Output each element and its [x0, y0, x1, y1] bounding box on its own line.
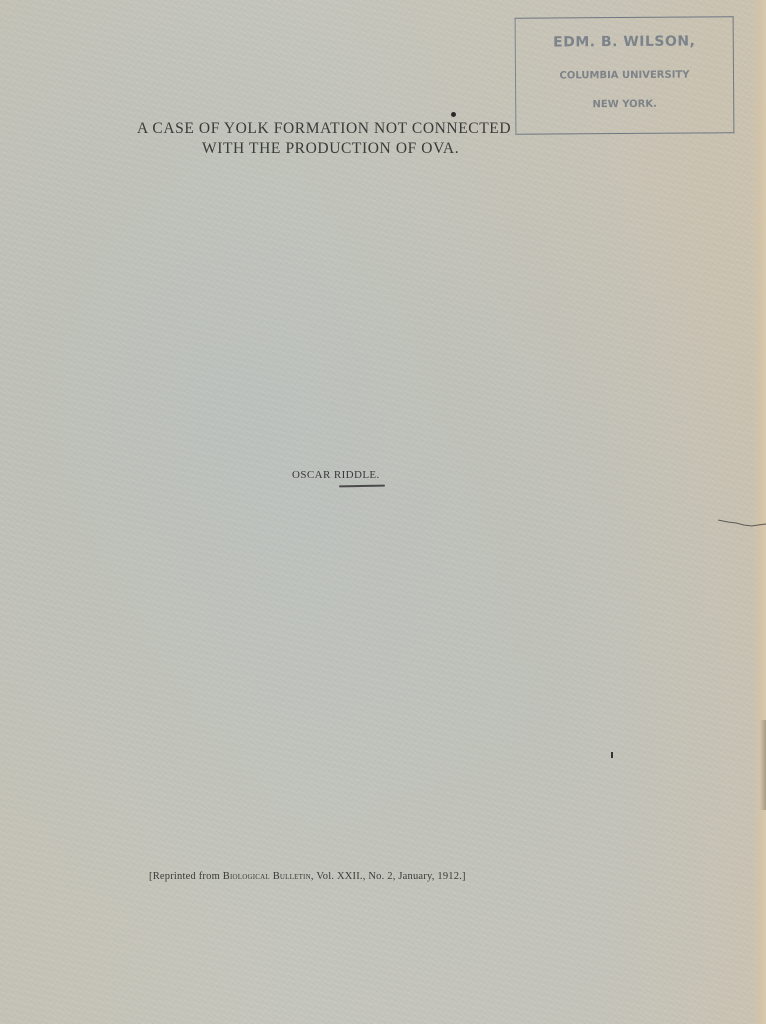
author-underline: [339, 485, 385, 488]
author-name: OSCAR RIDDLE.: [292, 469, 380, 481]
ink-mark: [611, 752, 613, 758]
document-page: EDM. B. WILSON, COLUMBIA UNIVERSITY NEW …: [0, 0, 766, 1024]
stamp-city: NEW YORK.: [516, 98, 733, 111]
page-edge-shadow: [760, 720, 766, 810]
stamp-name: EDM. B. WILSON,: [516, 33, 733, 51]
stamp-institution: COLUMBIA UNIVERSITY: [516, 69, 733, 82]
citation-suffix: , Vol. XXII., No. 2, January, 1912.]: [311, 871, 466, 882]
page-edge: [752, 0, 766, 1024]
title-line-2: WITH THE PRODUCTION OF OVA.: [202, 138, 459, 160]
title-line-1: A CASE OF YOLK FORMATION NOT CONNECTED: [137, 118, 511, 140]
paper-tear-mark: [718, 518, 766, 530]
ink-dot: [451, 112, 456, 117]
citation-journal: Biological Bulletin: [223, 871, 311, 882]
citation-prefix: [Reprinted from: [149, 871, 223, 882]
reprint-citation: [Reprinted from Biological Bulletin, Vol…: [149, 871, 466, 882]
owner-stamp: EDM. B. WILSON, COLUMBIA UNIVERSITY NEW …: [515, 16, 735, 135]
